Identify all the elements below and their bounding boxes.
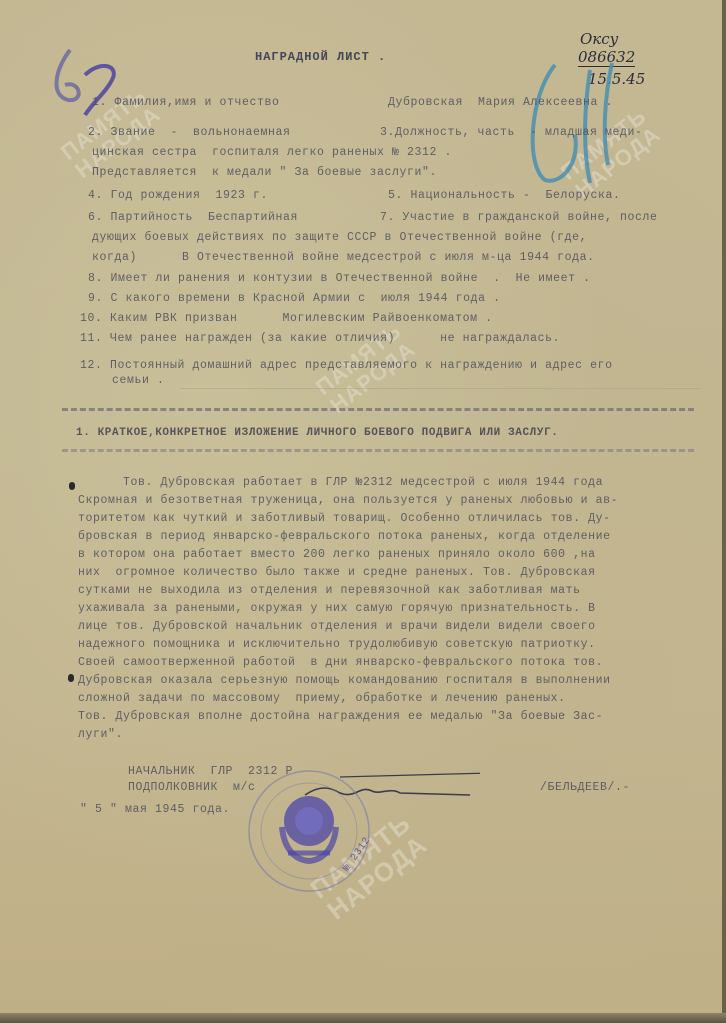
field-8: 8. Имеет ли ранения и контузии в Отечест… bbox=[88, 273, 591, 285]
narrative-line: луги". bbox=[78, 729, 123, 741]
page-edge bbox=[722, 0, 726, 1023]
field-3-cont: цинская сестра госпиталя легко раненых №… bbox=[92, 147, 452, 159]
field-7-cont: дующих боевых действиях по защите СССР в… bbox=[92, 232, 587, 244]
field-12-cont: семьи . bbox=[112, 375, 165, 387]
narrative-line: надежного помощника и исключительно труд… bbox=[78, 639, 596, 651]
field-4: 4. Год рождения 1923 г. bbox=[88, 190, 268, 202]
award-sheet-document: ПАМЯТЬНАРОДА ПАМЯТЬНАРОДА ПАМЯТЬНАРОДА П… bbox=[0, 0, 726, 1023]
field-7: 7. Участие в гражданской войне, после bbox=[380, 212, 658, 224]
section-heading: 1. КРАТКОЕ,КОНКРЕТНОЕ ИЗЛОЖЕНИЕ ЛИЧНОГО … bbox=[76, 428, 558, 439]
narrative-line: Скромная и безответная труженица, она по… bbox=[78, 495, 618, 507]
narrative-line: них огромное количество было также и сре… bbox=[78, 567, 596, 579]
handwritten-mark-icon bbox=[40, 40, 140, 140]
field-10: 10. Каким РВК призван Могилевским Райвое… bbox=[80, 313, 493, 325]
narrative-line: Тов. Дубровская работает в ГЛР №2312 мед… bbox=[78, 477, 603, 489]
field-5: 5. Национальность - Белоруска. bbox=[388, 190, 621, 202]
award-nomination: Представляется к медали " За боевые засл… bbox=[92, 167, 437, 179]
narrative-line: в котором она работает вместо 200 легко … bbox=[78, 549, 596, 561]
punch-hole-mark bbox=[69, 482, 75, 490]
blue-pencil-mark-icon bbox=[520, 55, 630, 190]
field-2: 2. Звание - вольнонаемная bbox=[88, 127, 291, 139]
official-seal-icon bbox=[236, 765, 382, 895]
page-edge bbox=[0, 1013, 726, 1023]
field-9: 9. С какого времени в Красной Армии с ию… bbox=[88, 293, 501, 305]
field-3: 3.Должность, часть - младшая меди- bbox=[380, 127, 643, 139]
handwritten-note-line1: Оксу bbox=[580, 30, 618, 48]
dashed-divider bbox=[62, 408, 694, 413]
field-1-value: Дубровская Мария Алексеевна . bbox=[388, 97, 613, 109]
narrative-line: Своей самоотверженной работой в дни янва… bbox=[78, 657, 603, 669]
document-date: " 5 " мая 1945 года. bbox=[80, 804, 230, 816]
narrative-line: ухаживала за ранеными, окружая у них сам… bbox=[78, 603, 596, 615]
narrative-line: торитетом как чуткий и заботливый товари… bbox=[78, 513, 611, 525]
narrative-line: сложной задачи по массовому приему, обра… bbox=[78, 693, 566, 705]
field-1: 1. Фамилия,имя и отчество bbox=[92, 97, 280, 109]
dashed-divider bbox=[62, 449, 694, 454]
field-7-cont2: когда) В Отечественной войне медсестрой … bbox=[92, 252, 595, 264]
signatory-name: /БЕЛЬДЕЕВ/.- bbox=[540, 782, 630, 794]
document-title: НАГРАДНОЙ ЛИСТ . bbox=[255, 50, 386, 64]
narrative-line: Дубровская оказала серьезную помощь кома… bbox=[78, 675, 611, 687]
punch-hole-mark bbox=[68, 674, 74, 682]
field-12: 12. Постоянный домашний адрес представля… bbox=[80, 360, 613, 372]
narrative-line: лице тов. Дубровской начальник отделения… bbox=[78, 621, 596, 633]
narrative-line: бровская в период январско-февральского … bbox=[78, 531, 611, 543]
field-6: 6. Партийность Беспартийная bbox=[88, 212, 298, 224]
narrative-line: Тов. Дубровская вполне достойна награжде… bbox=[78, 711, 603, 723]
field-11: 11. Чем ранее награжден (за какие отличи… bbox=[80, 333, 560, 345]
narrative-line: сутками не выходила из отделения и перев… bbox=[78, 585, 581, 597]
blank-line bbox=[180, 388, 700, 390]
